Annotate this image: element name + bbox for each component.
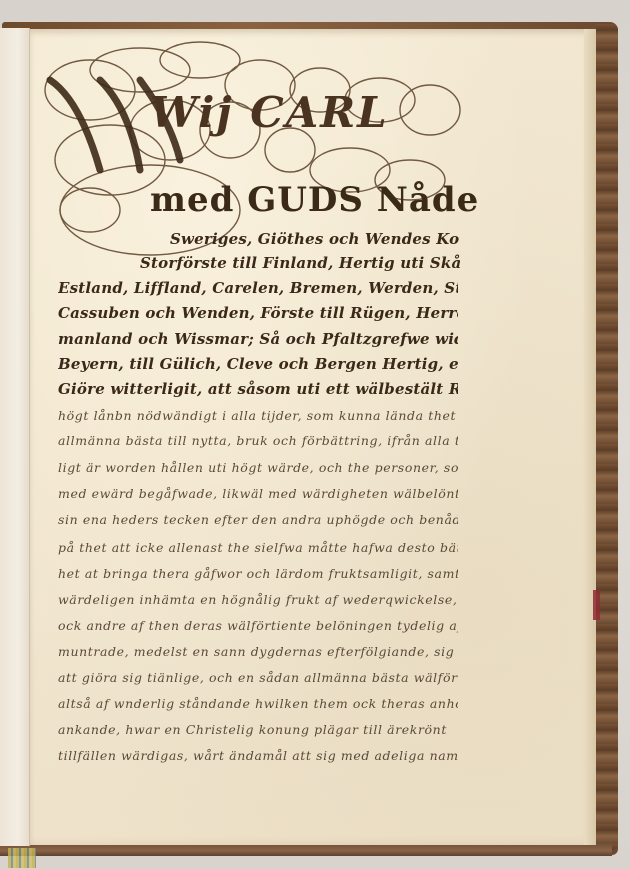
body-line: med ewärd begåfwade, likwäl med wärdighe… [58,486,458,501]
body-line: Giöre witterligit, att såsom uti ett wäl… [58,380,458,398]
body-line: muntrade, medelst en sann dygdernas efte… [58,644,458,659]
body-line: wärdeligen inhämta en högnålig frukt af … [58,592,458,607]
ribbon-marker [593,590,600,620]
body-line: att giöra sig tiänlige, och en sådan all… [58,670,458,685]
body-line: ankande, hwar en Christelig konung pläga… [58,722,458,737]
body-line: ock andre af then deras wälförtiente bel… [58,618,458,633]
title-line: Estland, Liffland, Carelen, Bremen, Werd… [58,279,458,297]
body-line: tillfällen wärdigas, wårt ändamål att si… [58,748,458,763]
body-line: ligt är worden hållen uti högt wärde, oc… [58,460,458,475]
body-line: sin ena heders tecken efter den andra up… [58,512,458,527]
body-line: allmänna bästa till nytta, bruk och förb… [58,433,458,448]
title-line: Storförste till Finland, Hertig uti Skån… [140,254,460,272]
binding-spine-edge [596,24,618,850]
page-edge [584,29,596,845]
body-line: på thet att icke allenast the sielfwa må… [58,540,458,555]
body-line: altså af wnderlig ståndande hwilken them… [58,696,458,711]
title-line: Sweriges, Giöthes och Wendes Konung, [170,230,460,248]
title-line: Beyern, till Gülich, Cleve och Bergen He… [58,355,458,373]
title-line: Cassuben och Wenden, Förste till Rügen, … [58,304,458,322]
body-line: högt lånbn nödwändigt i alla tijder, som… [58,408,458,423]
heading-med-guds-nade: med GUDS Nåde [150,180,479,220]
flyleaf [0,28,30,846]
heading-wij-carl: Wij CARL [150,88,389,137]
bookmark-threads [8,848,36,868]
title-line: manland och Wissmar; Så och Pfaltzgrefwe… [58,330,458,348]
body-line: het at bringa thera gåfwor och lärdom fr… [58,566,458,581]
